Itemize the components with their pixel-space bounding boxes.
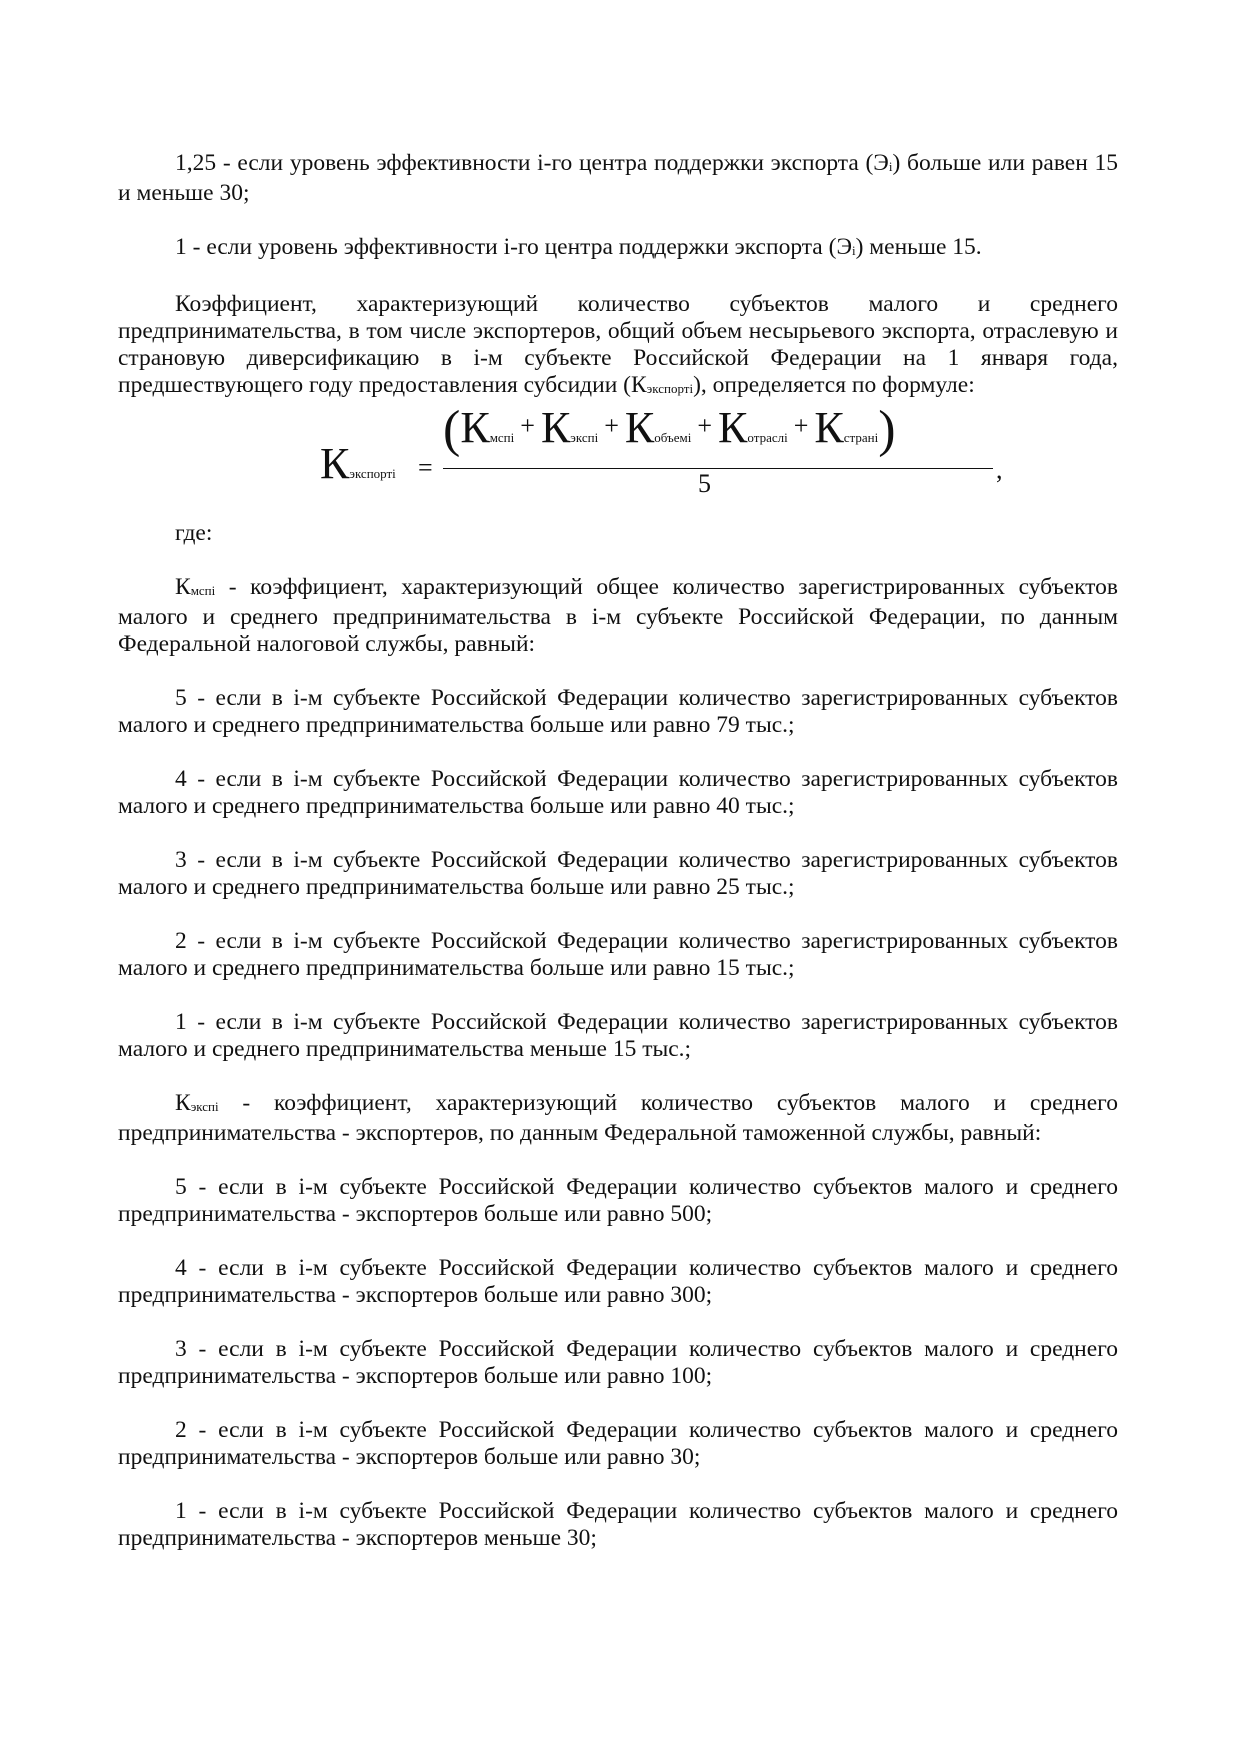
paragraph-coef-125: 1,25 - если уровень эффективности i-го ц… <box>118 150 1118 207</box>
formula-equals: = <box>418 454 433 481</box>
close-paren: ) <box>878 401 895 458</box>
formula-term: Кмспi <box>460 422 514 448</box>
formula-term: Кобъемi <box>625 422 691 448</box>
paragraph-kexport-intro: Коэффициент, характеризующий количество … <box>118 291 1118 402</box>
open-paren: ( <box>443 401 460 458</box>
paragraph-coef-1: 1 - если уровень эффективности i-го цент… <box>118 234 1118 264</box>
kexp-values-list: 5 - если в i-м субъекте Российской Федер… <box>118 1147 1118 1552</box>
kmsp-value-item: 1 - если в i-м субъекте Российской Федер… <box>118 1009 1118 1063</box>
formula-comma: , <box>996 456 1003 483</box>
formula-lhs: Кэкспортi <box>320 450 396 487</box>
kexp-value-item: 3 - если в i-м субъекте Российской Федер… <box>118 1336 1118 1390</box>
kmsp-definition: Кмспi - коэффициент, характеризующий общ… <box>118 574 1118 658</box>
formula-term: Кэкспi <box>541 422 598 448</box>
plus-sign: + <box>520 411 535 440</box>
formula-term: Кстранi <box>814 422 878 448</box>
kmsp-value-item: 5 - если в i-м субъекте Российской Федер… <box>118 685 1118 739</box>
plus-sign: + <box>794 411 809 440</box>
kexp-value-item: 1 - если в i-м субъекте Российской Федер… <box>118 1498 1118 1552</box>
kexp-value-item: 4 - если в i-м субъекте Российской Федер… <box>118 1255 1118 1309</box>
document-page: 1,25 - если уровень эффективности i-го ц… <box>118 150 1118 1552</box>
formula-term: Котраслi <box>718 422 788 448</box>
plus-sign: + <box>604 411 619 440</box>
kexp-value-item: 2 - если в i-м субъекте Российской Федер… <box>118 1417 1118 1471</box>
formula-numerator: (Кмспi+Кэкспi+Кобъемi+Котраслi+Кстранi) <box>443 412 896 451</box>
where-label: где: <box>118 520 1118 547</box>
plus-sign: + <box>697 411 712 440</box>
formula-denominator: 5 <box>698 470 711 497</box>
fraction-bar <box>443 468 993 469</box>
kmsp-value-item: 4 - если в i-м субъекте Российской Федер… <box>118 766 1118 820</box>
kmsp-value-item: 3 - если в i-м субъекте Российской Федер… <box>118 847 1118 901</box>
kmsp-value-item: 2 - если в i-м субъекте Российской Федер… <box>118 928 1118 982</box>
kmsp-values-list: 5 - если в i-м субъекте Российской Федер… <box>118 658 1118 1063</box>
kexp-definition: Кэкспi - коэффициент, характеризующий ко… <box>118 1090 1118 1147</box>
kexp-value-item: 5 - если в i-м субъекте Российской Федер… <box>118 1174 1118 1228</box>
kexport-formula: Кэкспортi = (Кмспi+Кэкспi+Кобъемi+Котрас… <box>118 412 1118 520</box>
